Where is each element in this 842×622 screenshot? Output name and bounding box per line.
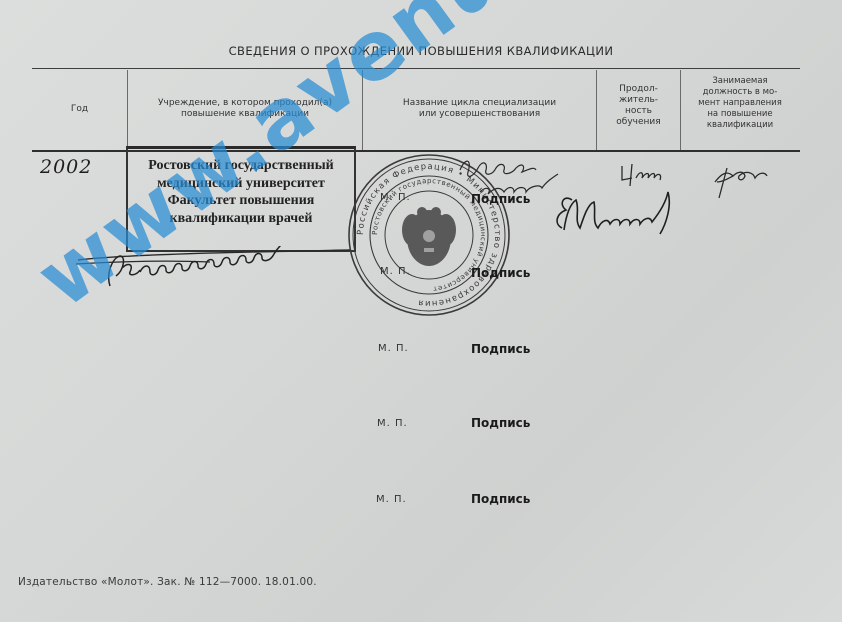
signature-label: Подпись xyxy=(471,416,530,430)
header-line: Название цикла специализации xyxy=(363,98,596,109)
document-page: СВЕДЕНИЯ О ПРОХОЖДЕНИИ ПОВЫШЕНИЯ КВАЛИФИ… xyxy=(0,0,842,622)
header-line: житель- xyxy=(597,95,680,106)
signature-label: Подпись xyxy=(471,342,530,356)
header-line: Продол- xyxy=(597,84,680,95)
stamp-place-label: М. П. xyxy=(378,343,409,354)
form-title: СВЕДЕНИЯ О ПРОХОЖДЕНИИ ПОВЫШЕНИЯ КВАЛИФИ… xyxy=(0,44,842,58)
stamp-place-label: М. П. xyxy=(380,266,411,277)
column-header-year: Год xyxy=(32,104,127,115)
column-header-cycle: Название цикла специализации или усоверш… xyxy=(363,98,596,120)
header-line: ность xyxy=(597,106,680,117)
header-line: Учреждение, в котором проходил(а) xyxy=(128,98,362,109)
stamp-line: медицинский университет xyxy=(128,175,354,193)
signature-label: Подпись xyxy=(471,266,530,280)
header-line: должность в мо- xyxy=(681,87,799,98)
header-line: Год xyxy=(32,104,127,115)
signature-label: Подпись xyxy=(471,492,530,506)
table-top-rule xyxy=(32,68,800,69)
stamp-line: Факультет повышения xyxy=(128,192,354,210)
column-header-institution: Учреждение, в котором проходил(а) повыше… xyxy=(128,98,362,120)
header-line: на повышение xyxy=(681,109,799,120)
publisher-footer: Издательство «Молот». Зак. № 112—7000. 1… xyxy=(18,576,317,588)
signature-label: Подпись xyxy=(471,192,530,206)
header-line: мент направления xyxy=(681,98,799,109)
stamp-place-label: М. П. xyxy=(377,418,408,429)
signature-right-icon xyxy=(548,190,698,245)
header-line: обучения xyxy=(597,117,680,128)
duration-handwriting-icon xyxy=(618,160,668,190)
stamp-line: Ростовский государственный xyxy=(128,157,354,175)
column-header-position: Занимаемая должность в мо- мент направле… xyxy=(681,76,799,131)
header-line: или усовершенствования xyxy=(363,109,596,120)
column-header-duration: Продол- житель- ность обучения xyxy=(597,84,680,128)
stamp-place-label: М. П. xyxy=(380,192,411,203)
header-line: квалификации xyxy=(681,120,799,131)
stamp-place-label: М. П. xyxy=(376,494,407,505)
header-line: Занимаемая xyxy=(681,76,799,87)
signature-left-icon xyxy=(70,246,360,296)
header-line: повышение квалификации xyxy=(128,109,362,120)
position-handwriting-icon xyxy=(705,160,775,200)
institution-stamp: Ростовский государственный медицинский у… xyxy=(126,146,356,252)
entry-year-handwritten: 2002 xyxy=(40,156,92,178)
stamp-line: квалификации врачей xyxy=(128,210,354,228)
